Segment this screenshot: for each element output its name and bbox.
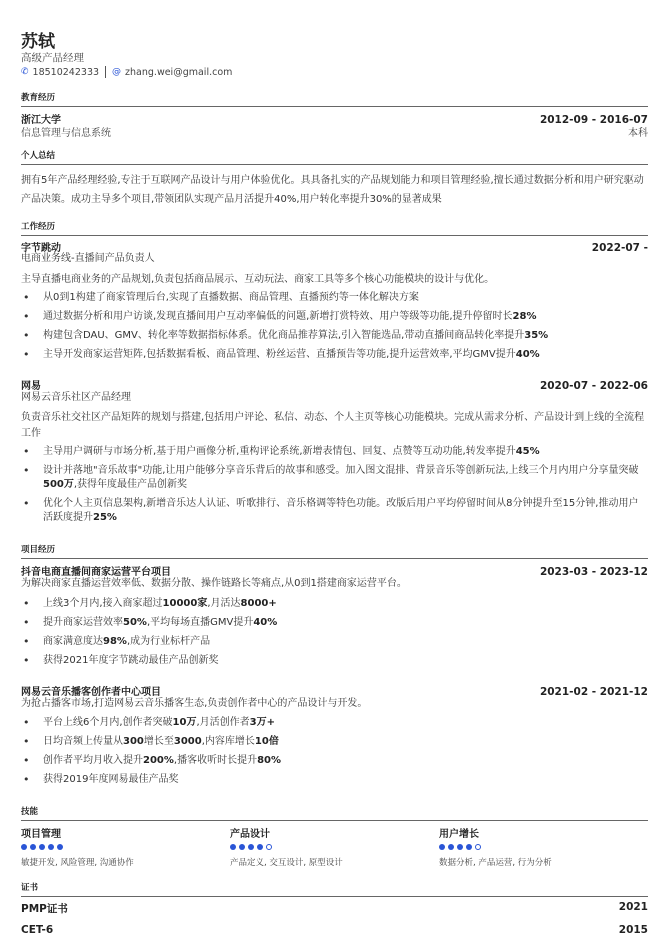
work-bullets: 从0到1构建了商家管理后台,实现了直播数据、商品管理、直播预约等一体化解决方案 … — [21, 291, 648, 367]
certificate-year: 2015 — [619, 924, 648, 936]
work-role: 网易云音乐社区产品经理 — [21, 390, 648, 406]
rating-dot-filled — [30, 844, 36, 850]
summary-text: 拥有5年产品经理经验,专注于互联网产品设计与用户体验优化。具具备扎实的产品规划能… — [21, 171, 648, 209]
work-bullets: 主导用户调研与市场分析,基于用户画像分析,重构评论系统,新增表情包、回复、点赞等… — [21, 445, 648, 530]
list-item: 商家满意度达98%,成为行业标杆产品 — [21, 635, 648, 649]
list-item: 设计并落地"音乐故事"功能,让用户能够分享音乐背后的故事和感受。加入图文混排、背… — [21, 464, 648, 492]
rating-dot-filled — [239, 844, 245, 850]
skill-name: 项目管理 — [21, 825, 230, 841]
rating-dot-filled — [466, 844, 472, 850]
certificate-name: PMP证书 — [21, 901, 68, 916]
skill-rating — [439, 841, 648, 853]
list-item: 日均音频上传量从300增长至3000,内容库增长10倍 — [21, 735, 648, 749]
skill-item: 用户增长 数据分析, 产品运营, 行为分析 — [439, 825, 648, 868]
education-row-2: 信息管理与信息系统 本科 — [21, 124, 648, 139]
project-bullets: 平台上线6个月内,创作者突破10万,月活创作者3万+日均音频上传量从300增长至… — [21, 716, 648, 792]
project-description: 为解决商家直播运营效率低、数据分散、操作链路长等痛点,从0到1搭建商家运营平台。 — [21, 576, 648, 592]
section-title-education: 教育经历 — [21, 91, 648, 107]
section-title-certificates: 证书 — [21, 881, 648, 897]
skill-item: 产品设计 产品定义, 交互设计, 原型设计 — [230, 825, 439, 868]
list-item: 上线3个月内,接入商家超过10000家,月活达8000+ — [21, 597, 648, 611]
degree: 本科 — [628, 124, 648, 139]
skills-grid: 项目管理 敏捷开发, 风险管理, 沟通协作 产品设计 产品定义, 交互设计, 原… — [21, 825, 648, 868]
list-item: 主导开发商家运营矩阵,包括数据看板、商品管理、粉丝运营、直播预告等功能,提升运营… — [21, 348, 648, 362]
list-item: 优化个人主页信息架构,新增音乐达人认证、听歌排行、音乐格调等特色功能。改版后用户… — [21, 497, 648, 525]
rating-dot-filled — [21, 844, 27, 850]
list-item: 提升商家运营效率50%,平均每场直播GMV提升40% — [21, 616, 648, 630]
email-address[interactable]: zhang.wei@gmail.com — [125, 67, 232, 78]
rating-dot-empty — [475, 844, 481, 850]
work-role: 电商业务线-直播间产品负责人 — [21, 251, 648, 267]
section-title-work: 工作经历 — [21, 220, 648, 236]
rating-dot-filled — [248, 844, 254, 850]
phone-number[interactable]: 18510242333 — [33, 67, 100, 78]
at-sign-icon: @ — [112, 67, 121, 77]
list-item: 创作者平均月收入提升200%,播客收听时长提升80% — [21, 754, 648, 768]
skill-rating — [230, 841, 439, 853]
project-description: 为抢占播客市场,打造网易云音乐播客生态,负责创作者中心的产品设计与开发。 — [21, 696, 648, 712]
section-title-projects: 项目经历 — [21, 543, 648, 559]
rating-dot-filled — [230, 844, 236, 850]
skill-name: 产品设计 — [230, 825, 439, 841]
list-item: 获得2019年度网易最佳产品奖 — [21, 773, 648, 787]
skill-details: 数据分析, 产品运营, 行为分析 — [439, 856, 648, 868]
list-item: 获得2021年度字节跳动最佳产品创新奖 — [21, 654, 648, 668]
certificate-year: 2021 — [619, 901, 648, 916]
skill-name: 用户增长 — [439, 825, 648, 841]
contact-line: ✆ 18510242333 @ zhang.wei@gmail.com — [21, 66, 232, 78]
project-bullets: 上线3个月内,接入商家超过10000家,月活达8000+提升商家运营效率50%,… — [21, 597, 648, 673]
rating-dot-filled — [48, 844, 54, 850]
list-item: 构建包含DAU、GMV、转化率等数据指标体系。优化商品推荐算法,引入智能选品,带… — [21, 329, 648, 343]
rating-dot-filled — [439, 844, 445, 850]
skill-item: 项目管理 敏捷开发, 风险管理, 沟通协作 — [21, 825, 230, 868]
major: 信息管理与信息系统 — [21, 124, 111, 139]
work-description: 负责音乐社交社区产品矩阵的规划与搭建,包括用户评论、私信、动态、个人主页等核心功… — [21, 410, 648, 442]
section-title-summary: 个人总结 — [21, 149, 648, 165]
list-item: 从0到1构建了商家管理后台,实现了直播数据、商品管理、直播预约等一体化解决方案 — [21, 291, 648, 305]
skill-details: 敏捷开发, 风险管理, 沟通协作 — [21, 856, 230, 868]
certificate-name: CET-6 — [21, 924, 53, 936]
list-item: 平台上线6个月内,创作者突破10万,月活创作者3万+ — [21, 716, 648, 730]
list-item: 通过数据分析和用户访谈,发现直播间用户互动率偏低的问题,新增打赏特效、用户等级等… — [21, 310, 648, 324]
skill-rating — [21, 841, 230, 853]
candidate-title: 高级产品经理 — [21, 50, 84, 65]
rating-dot-empty — [266, 844, 272, 850]
list-item: 主导用户调研与市场分析,基于用户画像分析,重构评论系统,新增表情包、回复、点赞等… — [21, 445, 648, 459]
rating-dot-filled — [448, 844, 454, 850]
contact-divider — [105, 66, 106, 78]
candidate-name: 苏轼 — [21, 27, 55, 52]
skill-details: 产品定义, 交互设计, 原型设计 — [230, 856, 439, 868]
certificate-row: CET-6 2015 — [21, 924, 648, 936]
rating-dot-filled — [457, 844, 463, 850]
phone-icon: ✆ — [21, 67, 29, 77]
rating-dot-filled — [257, 844, 263, 850]
rating-dot-filled — [57, 844, 63, 850]
work-description: 主导直播电商业务的产品规划,负责包括商品展示、互动玩法、商家工具等多个核心功能模… — [21, 272, 648, 288]
certificate-row: PMP证书 2021 — [21, 901, 648, 916]
rating-dot-filled — [39, 844, 45, 850]
section-title-skills: 技能 — [21, 805, 648, 821]
